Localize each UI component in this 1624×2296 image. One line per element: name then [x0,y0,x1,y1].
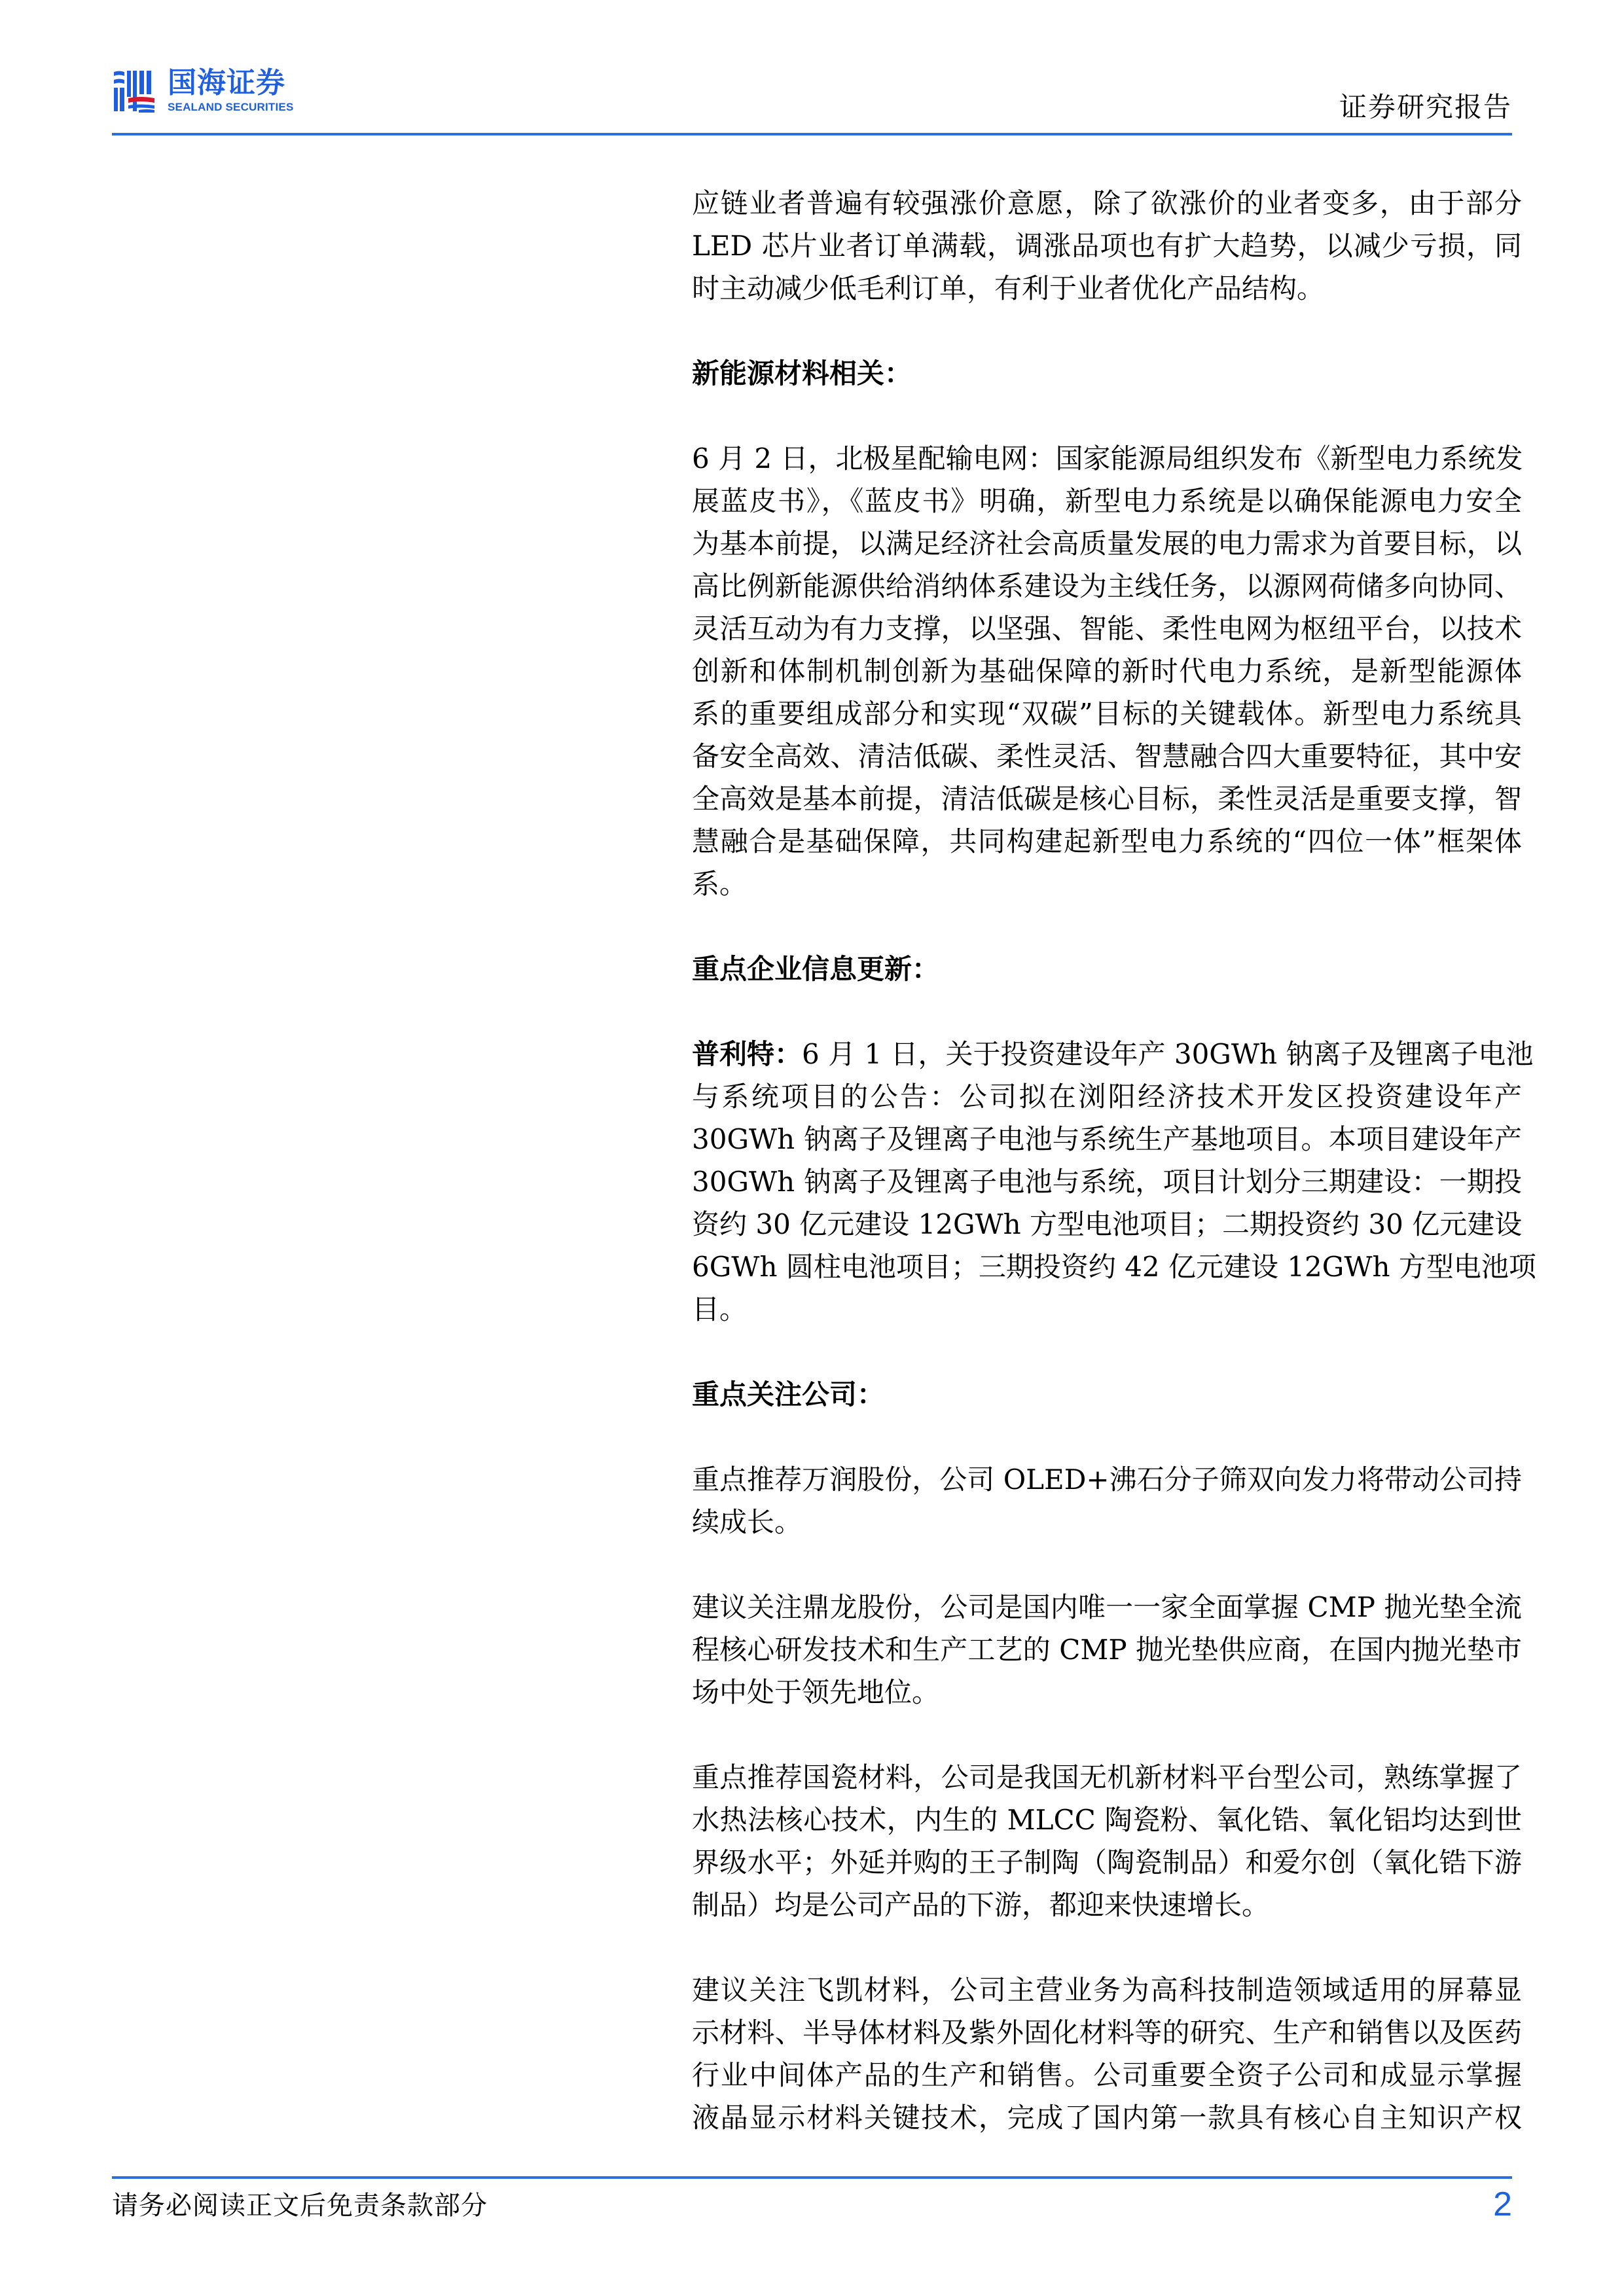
report-type-label: 证券研究报告 [1339,90,1512,124]
brand-logo: 国海证券 SEALAND SECURITIES [113,69,288,115]
text-line: 时主动减少低毛利订单，有利于业者优化产品结构。 [692,267,1522,310]
text-line: 重点推荐国瓷材料，公司是我国无机新材料平台型公司，熟练掌握了 [692,1756,1522,1799]
footer-divider [112,2176,1512,2179]
sealand-logo-icon [113,69,156,113]
paragraph-focus-feikai: 建议关注飞凯材料，公司主营业务为高科技制造领域适用的屏幕显 示材料、半导体材料及… [692,1969,1522,2139]
text-line: 行业中间体产品的生产和销售。公司重要全资子公司和成显示掌握 [692,2054,1522,2096]
text-line: 制品）均是公司产品的下游，都迎来快速增长。 [692,1884,1522,1926]
text-line: 示材料、半导体材料及紫外固化材料等的研究、生产和销售以及医药 [692,2011,1522,2054]
text-line: 6GWh 圆柱电池项目；三期投资约 42 亿元建设 12GWh 方型电池项 [692,1246,1522,1288]
section-heading-company-updates: 重点企业信息更新： [692,948,1522,990]
text-line: 建议关注飞凯材料，公司主营业务为高科技制造领域适用的屏幕显 [692,1969,1522,2011]
section-heading-focus-companies: 重点关注公司： [692,1373,1522,1416]
text-line: 与系统项目的公告：公司拟在浏阳经济技术开发区投资建设年产 [692,1075,1522,1118]
header-divider [112,133,1512,135]
text-line: 界级水平；外延并购的王子制陶（陶瓷制品）和爱尔创（氧化锆下游 [692,1841,1522,1884]
text-line: 30GWh 钠离子及锂离子电池与系统生产基地项目。本项目建设年产 [692,1118,1522,1160]
text-line: 灵活互动为有力支撑，以坚强、智能、柔性电网为枢纽平台，以技术 [692,607,1522,650]
text-line: 普利特：6 月 1 日，关于投资建设年产 30GWh 钠离子及锂离子电池 [692,1033,1522,1075]
paragraph-focus-sinocera: 重点推荐国瓷材料，公司是我国无机新材料平台型公司，熟练掌握了 水热法核心技术，内… [692,1756,1522,1926]
paragraph-focus-dinglong: 建议关注鼎龙股份，公司是国内唯一一家全面掌握 CMP 抛光垫全流 程核心研发技术… [692,1586,1522,1713]
text-line: 全高效是基本前提，清洁低碳是核心目标，柔性灵活是重要支撑，智 [692,778,1522,820]
text-line: 应链业者普遍有较强涨价意愿，除了欲涨价的业者变多，由于部分 [692,182,1522,224]
brand-name-en: SEALAND SECURITIES [168,101,294,114]
text-line: 建议关注鼎龙股份，公司是国内唯一一家全面掌握 CMP 抛光垫全流 [692,1586,1522,1628]
text-line: 系的重要组成部分和实现“双碳”目标的关键载体。新型电力系统具 [692,692,1522,735]
section-heading: 重点企业信息更新： [692,948,1522,990]
company-name-label: 普利特： [692,1038,802,1070]
paragraph-focus-wanrun: 重点推荐万润股份，公司 OLED+沸石分子筛双向发力将带动公司持 续成长。 [692,1458,1522,1543]
disclaimer-notice: 请务必阅读正文后免责条款部分 [112,2189,488,2222]
text-line: 液晶显示材料关键技术，完成了国内第一款具有核心自主知识产权 [692,2096,1522,2139]
text-line: 场中处于领先地位。 [692,1671,1522,1713]
section-heading-new-energy: 新能源材料相关： [692,352,1522,395]
report-body: 应链业者普遍有较强涨价意愿，除了欲涨价的业者变多，由于部分 LED 芯片业者订单… [692,182,1522,2181]
paragraph-pret-announcement: 普利特：6 月 1 日，关于投资建设年产 30GWh 钠离子及锂离子电池 与系统… [692,1033,1522,1331]
text-line: 创新和体制机制创新为基础保障的新时代电力系统，是新型能源体 [692,650,1522,692]
text-line: 备安全高效、清洁低碳、柔性灵活、智慧融合四大重要特征，其中安 [692,735,1522,778]
text-line: 程核心研发技术和生产工艺的 CMP 抛光垫供应商，在国内抛光垫市 [692,1628,1522,1671]
text-line: 水热法核心技术，内生的 MLCC 陶瓷粉、氧化锆、氧化铝均达到世 [692,1799,1522,1841]
text-line: 慧融合是基础保障，共同构建起新型电力系统的“四位一体”框架体 [692,820,1522,863]
text-line: LED 芯片业者订单满载，调涨品项也有扩大趋势，以减少亏损，同 [692,224,1522,267]
page-number: 2 [1493,2185,1512,2224]
page-header: 国海证券 SEALAND SECURITIES 证券研究报告 [0,0,1624,137]
section-heading: 新能源材料相关： [692,352,1522,395]
text-line: 展蓝皮书》，《蓝皮书》明确，新型电力系统是以确保能源电力安全 [692,480,1522,522]
paragraph-new-power-system: 6 月 2 日，北极星配输电网：国家能源局组织发布《新型电力系统发 展蓝皮书》，… [692,437,1522,905]
text-line: 6 月 2 日，北极星配输电网：国家能源局组织发布《新型电力系统发 [692,437,1522,480]
text-line: 资约 30 亿元建设 12GWh 方型电池项目；二期投资约 30 亿元建设 [692,1203,1522,1246]
text-line: 目。 [692,1288,1522,1331]
text-line: 续成长。 [692,1501,1522,1543]
section-heading: 重点关注公司： [692,1373,1522,1416]
text-line-rest: 6 月 1 日，关于投资建设年产 30GWh 钠离子及锂离子电池 [802,1038,1533,1070]
text-line: 为基本前提，以满足经济社会高质量发展的电力需求为首要目标，以 [692,522,1522,565]
text-line: 30GWh 钠离子及锂离子电池与系统，项目计划分三期建设：一期投 [692,1160,1522,1203]
text-line: 重点推荐万润股份，公司 OLED+沸石分子筛双向发力将带动公司持 [692,1458,1522,1501]
text-line: 系。 [692,863,1522,905]
text-line: 高比例新能源供给消纳体系建设为主线任务，以源网荷储多向协同、 [692,565,1522,607]
brand-name-cn: 国海证券 [168,67,285,99]
paragraph-led-supply-chain: 应链业者普遍有较强涨价意愿，除了欲涨价的业者变多，由于部分 LED 芯片业者订单… [692,182,1522,310]
